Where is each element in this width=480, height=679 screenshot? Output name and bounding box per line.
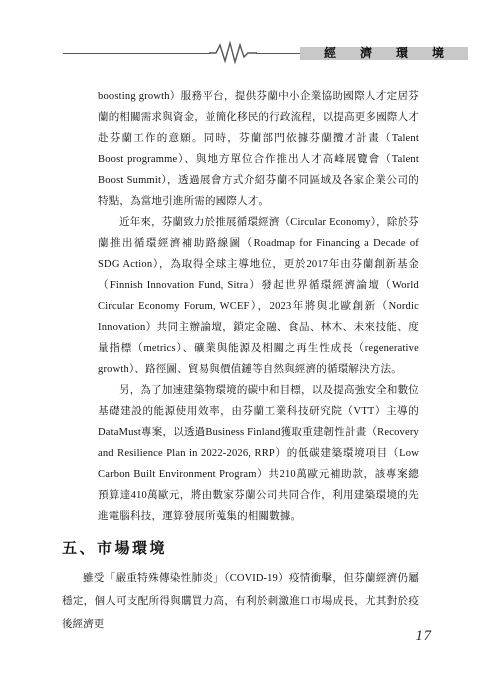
indented-text-block: boosting growth）服務平台，提供芬蘭中小企業協助國際人才定居芬蘭的… (98, 86, 419, 527)
paragraph: 另，為了加速建築物環境的碳中和目標，以及提高強安全和數位基礎建設的能源使用效率，… (98, 380, 419, 527)
page-body: boosting growth）服務平台，提供芬蘭中小企業協助國際人才定居芬蘭的… (62, 86, 419, 636)
paragraph: 近年來，芬蘭致力於推展循環經濟（Circular Economy），除於芬蘭推出… (98, 212, 419, 380)
document-page: 經濟環境 boosting growth）服務平台，提供芬蘭中小企業協助國際人才… (0, 0, 480, 679)
paragraph-continuation: boosting growth）服務平台，提供芬蘭中小企業協助國際人才定居芬蘭的… (98, 86, 419, 212)
heartbeat-zigzag-icon (209, 40, 257, 66)
section-heading: 五、市場環境 (62, 540, 419, 558)
page-number: 17 (416, 628, 433, 645)
page-header: 經濟環境 (63, 40, 468, 66)
header-title: 經濟環境 (324, 47, 468, 59)
header-title-band: 經濟環境 (300, 47, 468, 60)
header-rule-right (256, 53, 300, 54)
header-rule-left (63, 53, 210, 54)
paragraph: 雖受「嚴重特殊傳染性肺炎」（COVID-19）疫情衝擊，但芬蘭經濟仍屬穩定，個人… (62, 567, 419, 636)
